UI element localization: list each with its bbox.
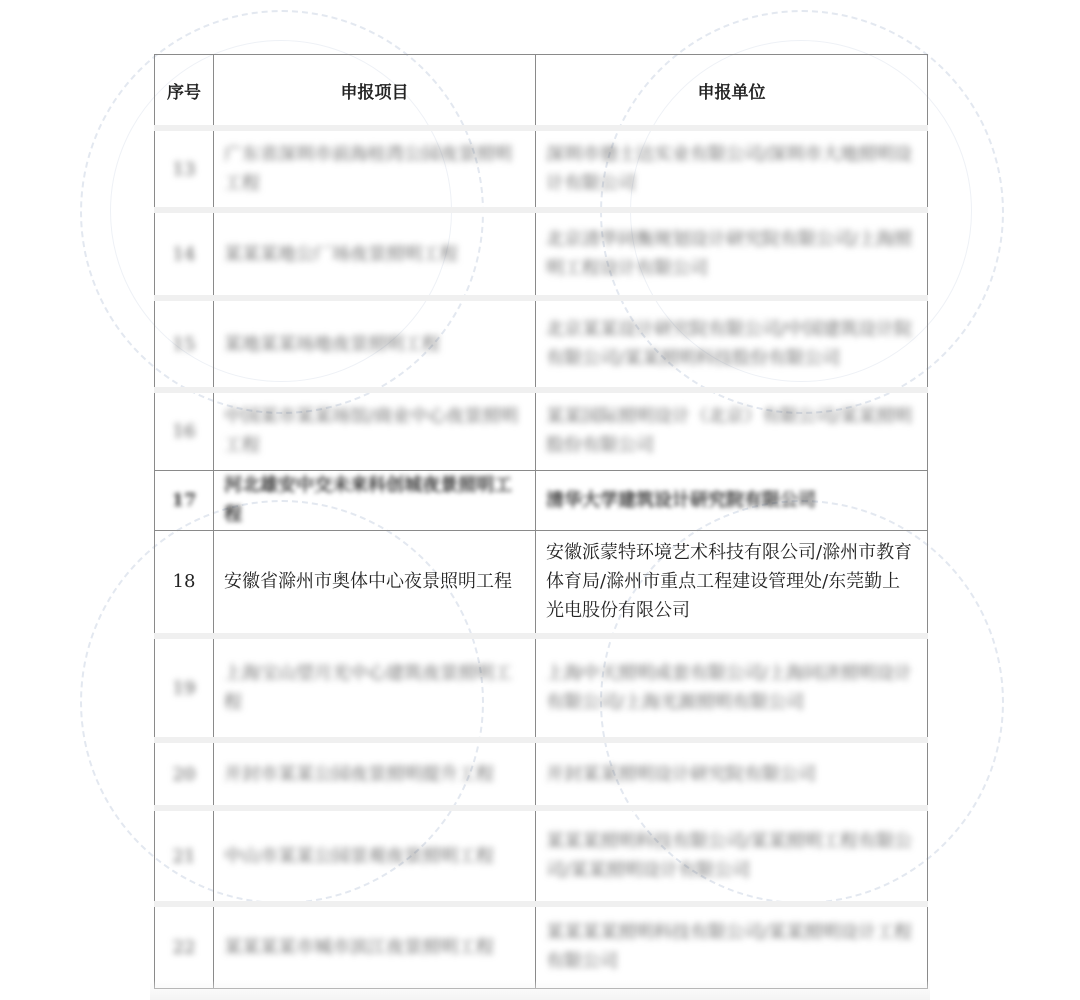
row-index: 20 (155, 740, 214, 808)
row-index: 13 (155, 128, 214, 210)
table-row: 15某地某某场地夜景照明工程北京某某设计研究院有限公司/中国建筑设计院有限公司/… (155, 298, 928, 390)
row-unit: 某某某照明科技有限公司/某某照明工程有限公司/某某照明设计有限公司 (536, 808, 928, 904)
row-project: 某某某某市城市滨江夜景照明工程 (214, 904, 536, 988)
table-row: 21中山市某某公园景观夜景照明工程某某某照明科技有限公司/某某照明工程有限公司/… (155, 808, 928, 904)
row-project: 河北雄安中交未来科创城夜景照明工程 (214, 470, 536, 530)
row-index: 18 (155, 530, 214, 636)
row-index: 15 (155, 298, 214, 390)
row-project: 安徽省滁州市奥体中心夜景照明工程 (214, 530, 536, 636)
row-project: 某地某某场地夜景照明工程 (214, 298, 536, 390)
table-row: 16中国某市某某场馆/商业中心夜景照明工程某某国际照明设计（北京）有限公司/某某… (155, 390, 928, 470)
row-index: 17 (155, 470, 214, 530)
row-unit: 某某某某照明科技有限公司/某某照明设计工程有限公司 (536, 904, 928, 988)
row-unit: 安徽派蒙特环境艺术科技有限公司/滁州市教育体育局/滁州市重点工程建设管理处/东莞… (536, 530, 928, 636)
row-project: 某某某地公厂场夜景照明工程 (214, 210, 536, 298)
project-table: 序号 申报项目 申报单位 13广东省深圳市前海桂湾公园夜景照明工程深圳市德士达实… (154, 54, 928, 989)
header-unit: 申报单位 (536, 55, 928, 129)
row-index: 16 (155, 390, 214, 470)
row-unit: 清华大学建筑设计研究院有限公司 (536, 470, 928, 530)
row-project: 上海宝山望月光中心建筑夜景照明工程 (214, 636, 536, 740)
table-header-row: 序号 申报项目 申报单位 (155, 55, 928, 129)
header-index: 序号 (155, 55, 214, 129)
row-project: 广东省深圳市前海桂湾公园夜景照明工程 (214, 128, 536, 210)
row-index: 14 (155, 210, 214, 298)
row-unit: 北京清华同衡规划设计研究院有限公司/上海照明工程设计有限公司 (536, 210, 928, 298)
table-row: 13广东省深圳市前海桂湾公园夜景照明工程深圳市德士达实业有限公司/深圳市大地照明… (155, 128, 928, 210)
row-unit: 某某国际照明设计（北京）有限公司/某某照明股份有限公司 (536, 390, 928, 470)
row-project: 中国某市某某场馆/商业中心夜景照明工程 (214, 390, 536, 470)
row-unit: 深圳市德士达实业有限公司/深圳市大地照明设计有限公司 (536, 128, 928, 210)
row-index: 22 (155, 904, 214, 988)
table-row: 19上海宝山望月光中心建筑夜景照明工程上海中天照明成套有限公司/上海同济照明设计… (155, 636, 928, 740)
row-index: 19 (155, 636, 214, 740)
table-row: 14某某某地公厂场夜景照明工程北京清华同衡规划设计研究院有限公司/上海照明工程设… (155, 210, 928, 298)
table-row: 20开封市某某公园夜景照明提升工程开封某某照明设计研究院有限公司 (155, 740, 928, 808)
table-row: 22某某某某市城市滨江夜景照明工程某某某某照明科技有限公司/某某照明设计工程有限… (155, 904, 928, 988)
page-bottom-fade (150, 980, 930, 1000)
table-row: 17河北雄安中交未来科创城夜景照明工程清华大学建筑设计研究院有限公司 (155, 470, 928, 530)
row-index: 21 (155, 808, 214, 904)
row-project: 开封市某某公园夜景照明提升工程 (214, 740, 536, 808)
row-unit: 开封某某照明设计研究院有限公司 (536, 740, 928, 808)
table-row: 18安徽省滁州市奥体中心夜景照明工程安徽派蒙特环境艺术科技有限公司/滁州市教育体… (155, 530, 928, 636)
row-unit: 上海中天照明成套有限公司/上海同济照明设计有限公司/上海光源照明有限公司 (536, 636, 928, 740)
row-unit: 北京某某设计研究院有限公司/中国建筑设计院有限公司/某某照明科技股份有限公司 (536, 298, 928, 390)
header-project: 申报项目 (214, 55, 536, 129)
row-project: 中山市某某公园景观夜景照明工程 (214, 808, 536, 904)
